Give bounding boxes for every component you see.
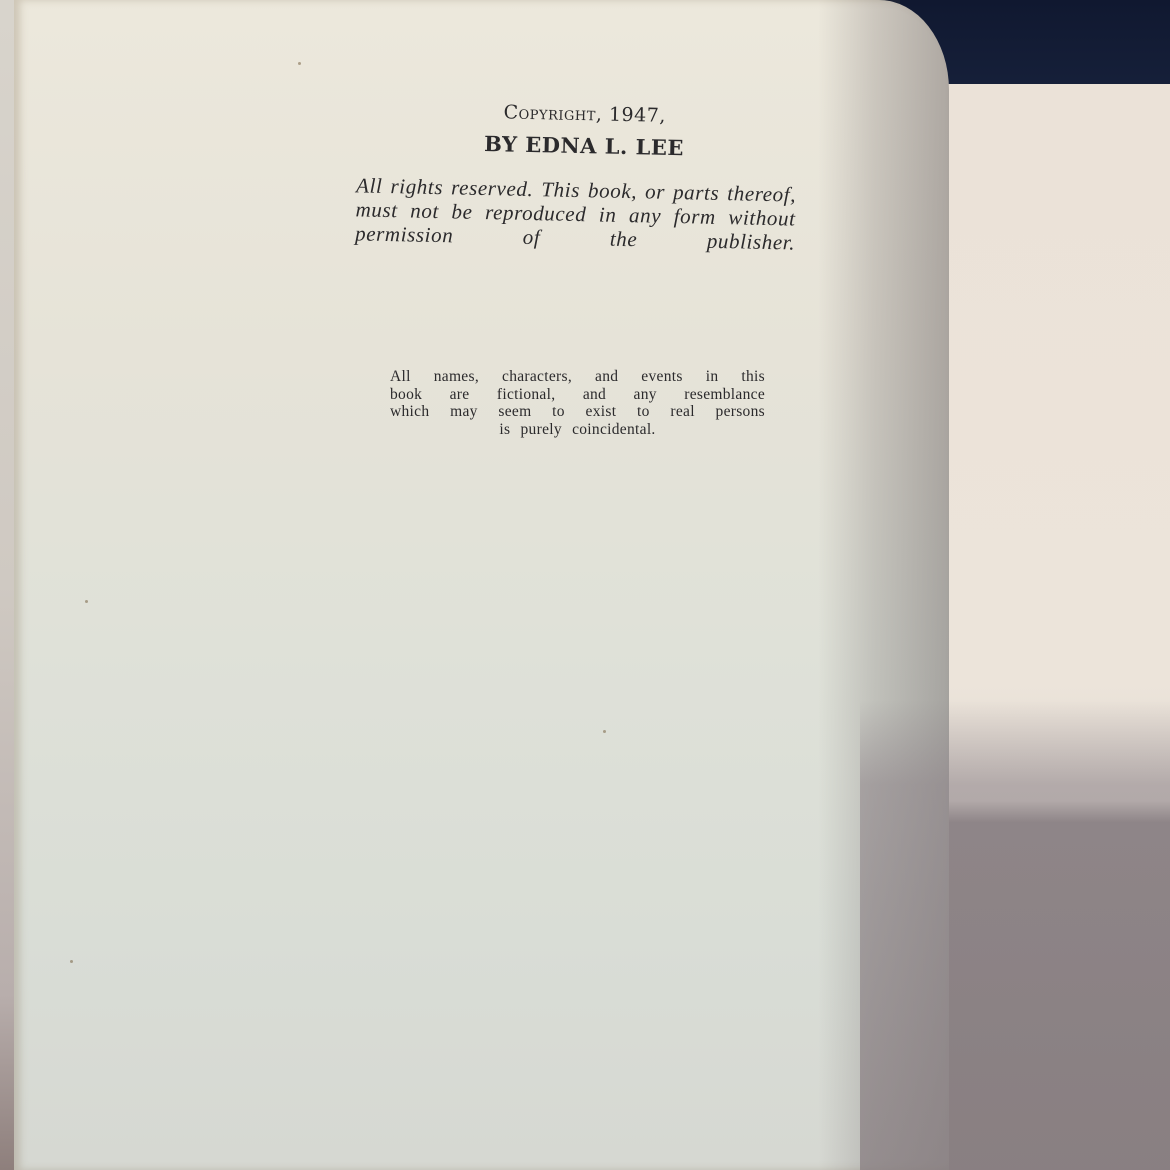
rights-notice: All rights reserved. This book, or parts… — [355, 173, 796, 254]
author-line: BY EDNA L. LEE — [349, 128, 819, 163]
paper-speck — [603, 730, 606, 733]
paper-speck — [70, 960, 73, 963]
disclaimer-line: is purely coincidental. — [390, 421, 765, 439]
disclaimer-line: book are fictional, and any resemblance — [390, 386, 765, 404]
facing-page — [945, 84, 1170, 1170]
disclaimer-line: which may seem to exist to real persons — [390, 403, 765, 421]
copyright-block: Copyright, 1947, BY EDNA L. LEE All righ… — [337, 98, 820, 255]
paper-speck — [298, 62, 301, 65]
paper-speck — [85, 600, 88, 603]
disclaimer-line: All names, characters, and events in thi… — [390, 368, 765, 386]
fiction-disclaimer: All names, characters, and events in thi… — [390, 368, 765, 438]
book-photo: Copyright, 1947, BY EDNA L. LEE All righ… — [0, 0, 1170, 1170]
